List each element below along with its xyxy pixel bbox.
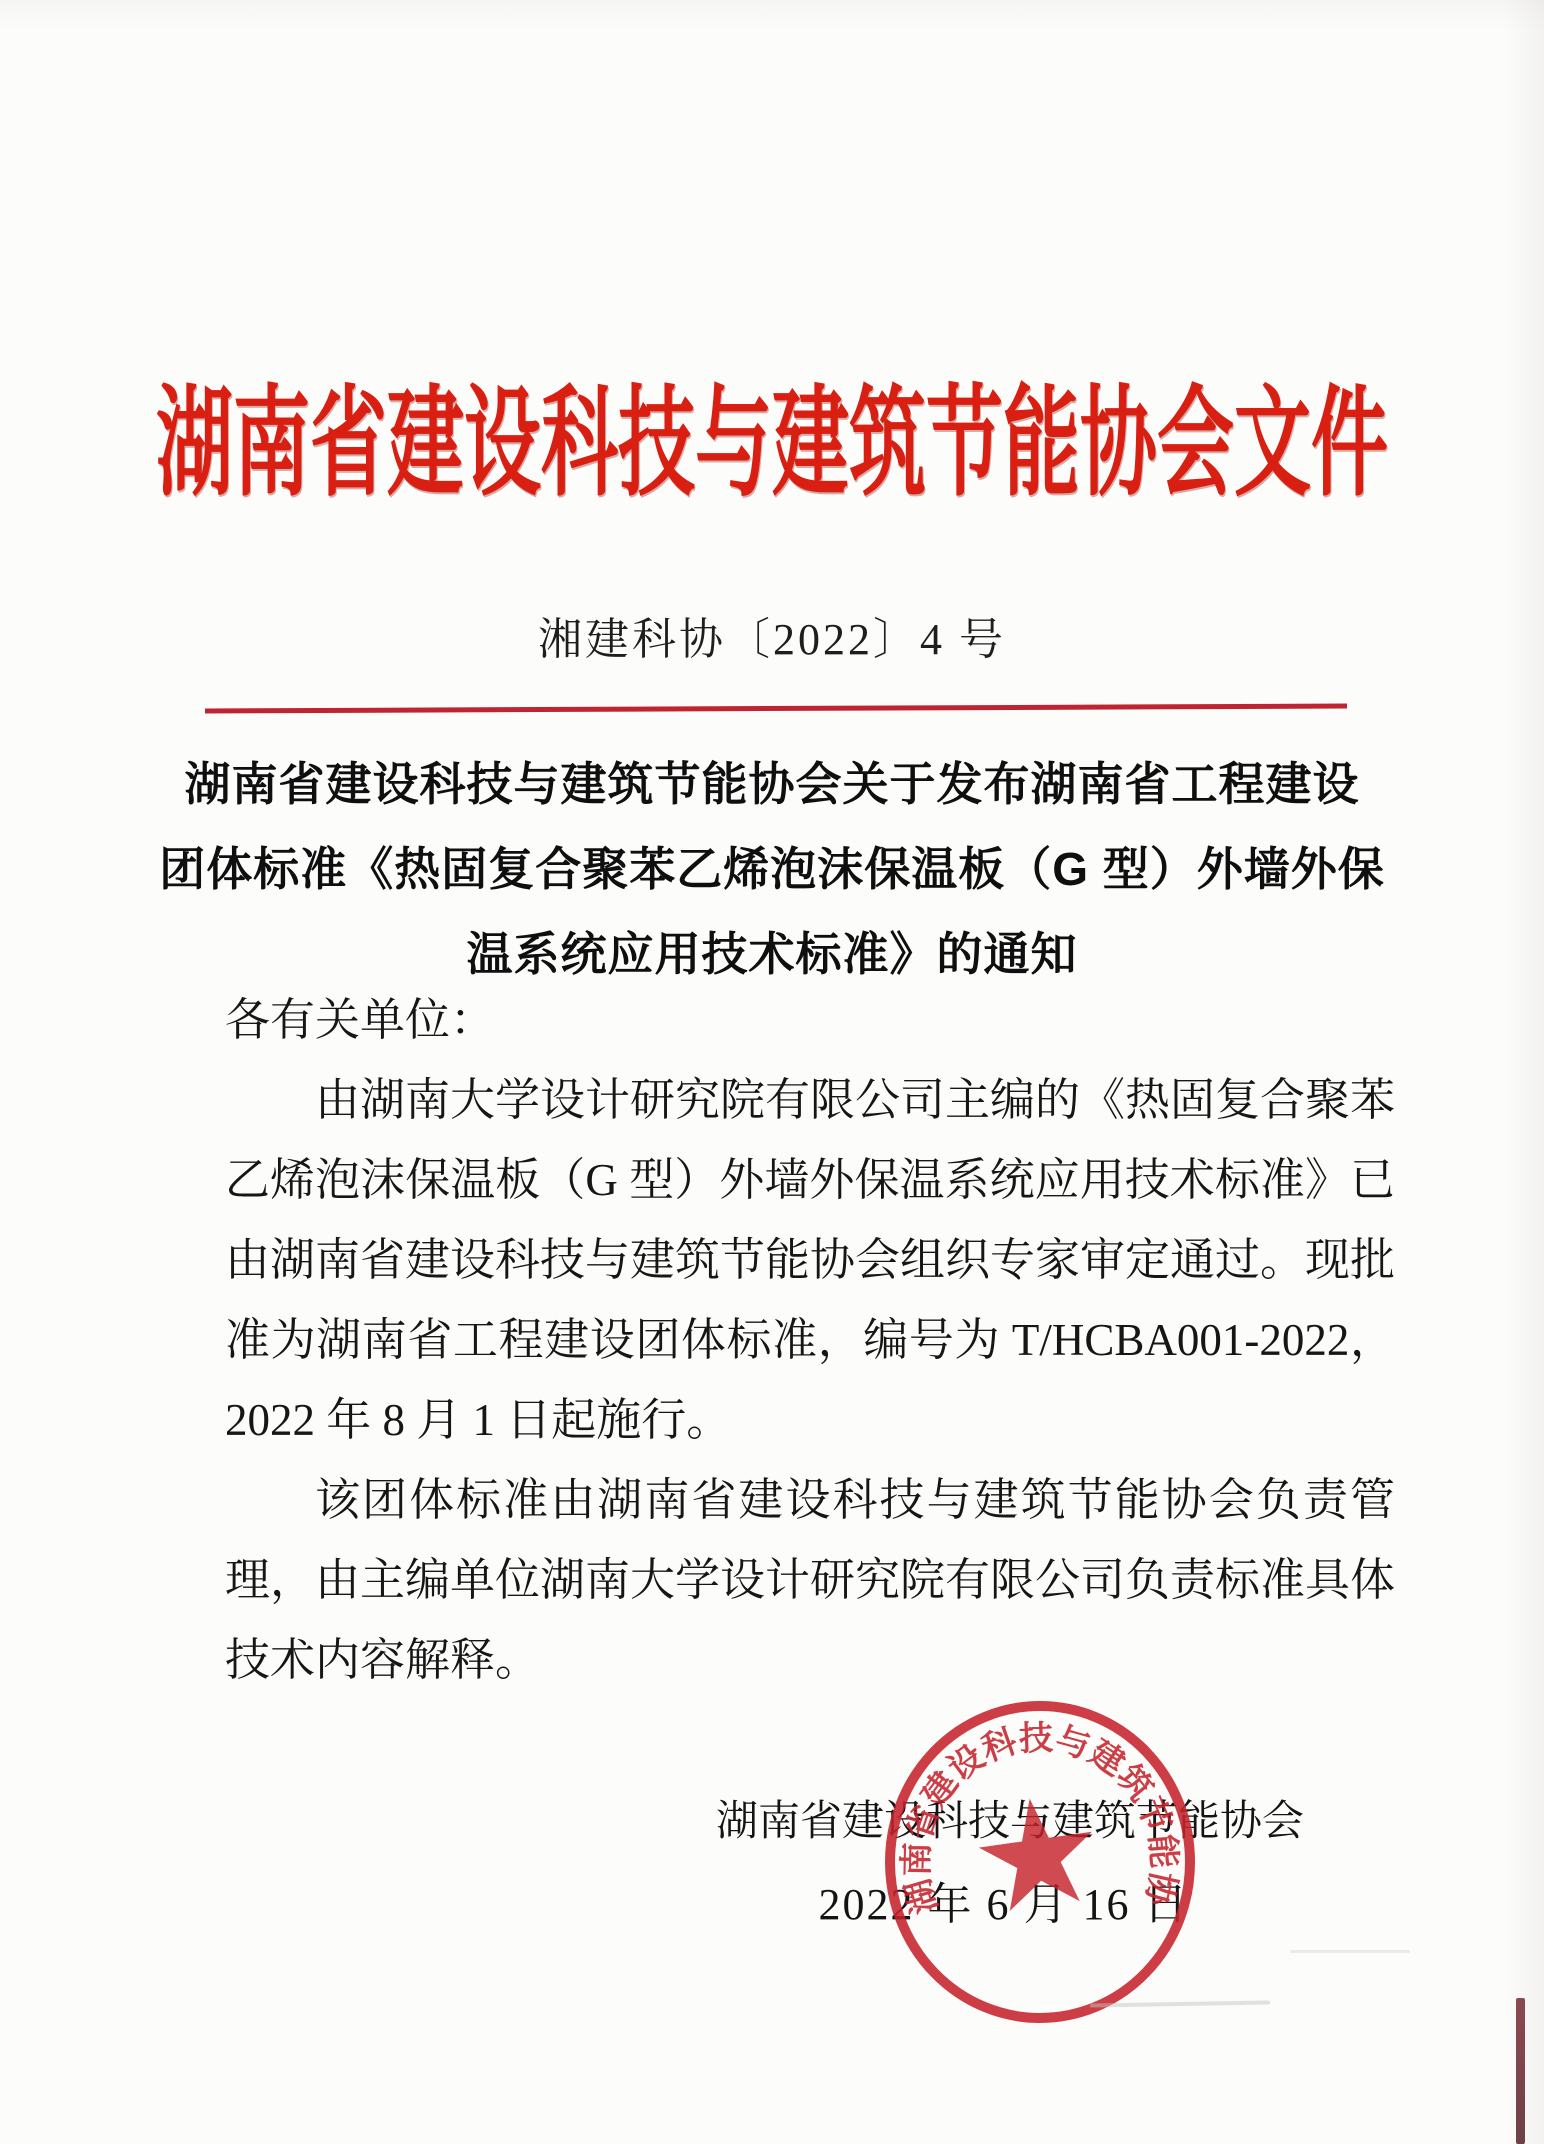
- body-line: 技术内容解释。: [225, 1620, 1395, 1700]
- body-line: 该团体标准由湖南省建设科技与建筑节能协会负责管: [225, 1460, 1395, 1540]
- scan-artifact-smear-2: [1290, 1950, 1410, 1953]
- scan-artifact-smear: [1090, 2000, 1270, 2007]
- body-line: 乙烯泡沫保温板（G 型）外墙外保温系统应用技术标准》已: [225, 1140, 1395, 1220]
- scanned-official-document: 湖南省建设科技与建筑节能协会文件 湘建科协〔2022〕4 号 湖南省建设科技与建…: [0, 0, 1544, 2144]
- body-line: 准为湖南省工程建设团体标准，编号为 T/HCBA001-2022，自: [225, 1300, 1395, 1380]
- official-red-seal: 湖南省建设科技与建筑节能协会: [870, 1690, 1210, 2035]
- body-line: 2022 年 8 月 1 日起施行。: [225, 1380, 1395, 1460]
- red-header-org-title: 湖南省建设科技与建筑节能协会文件: [0, 385, 1544, 504]
- scan-artifact-streak: [1516, 1998, 1525, 2144]
- notice-title-line-2: 团体标准《热固复合聚苯乙烯泡沫保温板（G 型）外墙外保: [0, 827, 1544, 912]
- notice-title: 湖南省建设科技与建筑节能协会关于发布湖南省工程建设 团体标准《热固复合聚苯乙烯泡…: [0, 742, 1544, 997]
- seal-ring: [890, 1706, 1190, 2018]
- red-divider-rule: [205, 704, 1347, 714]
- body-line: 理，由主编单位湖南大学设计研究院有限公司负责标准具体: [225, 1540, 1395, 1620]
- notice-body: 各有关单位：由湖南大学设计研究院有限公司主编的《热固复合聚苯乙烯泡沫保温板（G …: [225, 980, 1395, 1700]
- scan-edge-shading-right: [1504, 0, 1544, 2144]
- document-number: 湘建科协〔2022〕4 号: [0, 603, 1544, 667]
- body-line: 各有关单位：: [225, 980, 1395, 1060]
- notice-title-line-1: 湖南省建设科技与建筑节能协会关于发布湖南省工程建设: [0, 742, 1544, 827]
- issue-date: 2022 年 6 月 16 日: [716, 1868, 1292, 1932]
- scan-edge-shading-top: [0, 0, 1544, 30]
- body-line: 由湖南大学设计研究院有限公司主编的《热固复合聚苯: [225, 1060, 1395, 1140]
- body-line: 由湖南省建设科技与建筑节能协会组织专家审定通过。现批: [225, 1220, 1395, 1300]
- issuing-organization-signature: 湖南省建设科技与建筑节能协会: [716, 1788, 1292, 1848]
